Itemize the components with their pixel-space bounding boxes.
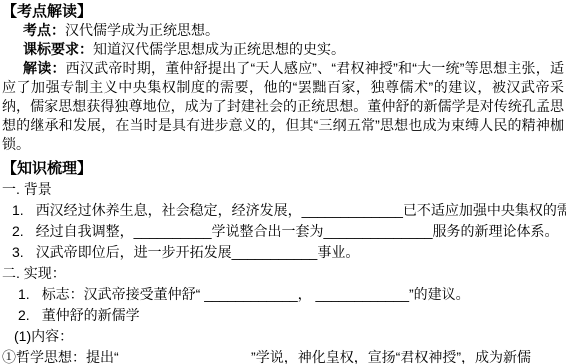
outline-item-number: 2. [18,305,30,326]
interpretation-label: 解读： [23,60,66,76]
outline-item-number: 3. [12,242,24,263]
outline-realization-item-1-text: 标志：汉武帝接受董仲舒“ ____________， ____________”… [42,286,470,302]
exam-point-item: 考点：汉代儒学成为正统思想。 [2,21,564,40]
outline-background-item-2: 2.经过自我调整，__________学说整合出一套为_____________… [12,221,564,242]
outline-realization-heading: 二. 实现： [2,263,564,284]
course-standard-label: 课标要求： [23,41,93,57]
outline-realization-item-1: 1.标志：汉武帝接受董仲舒“ ____________， ___________… [18,284,564,305]
section-heading-exam-points: 【考点解读】 [2,2,564,21]
outline-realization-item-2-text: 董仲舒的新儒学 [42,307,140,323]
outline-background-heading-text: 一. 背景 [2,181,52,197]
outline-background-item-2-text: 经过自我调整，__________学说整合出一套为______________服… [36,223,559,239]
outline-background-item-3: 3.汉武帝即位后，进一步开拓发展___________事业。 [12,242,564,263]
outline-background-item-1: 1.西汉经过休养生息，社会稳定，经济发展，_____________已不适应加强… [12,200,564,221]
outline-background-item-1-text: 西汉经过休养生息，社会稳定，经济发展，_____________已不适应加强中央… [36,202,566,218]
interpretation-item: 解读：西汉武帝时期，董仲舒提出了“天人感应”、“君权神授”和“大一统”等思想主张… [2,59,564,154]
outline-philosophy-line: ①哲学思想：提出“_________________”学说，神化皇权，宣扬“君权… [2,347,564,364]
outline-philosophy-line-text: ①哲学思想：提出“_________________”学说，神化皇权，宣扬“君权… [2,349,531,364]
document-page: { "page": { "background_color": "#ffffff… [0,0,566,364]
outline-item-number: 2. [12,221,24,242]
interpretation-text: 西汉武帝时期，董仲舒提出了“天人感应”、“君权神授”和“大一统”等思想主张，适应… [2,60,564,152]
outline-background-item-3-text: 汉武帝即位后，进一步开拓发展___________事业。 [36,244,360,260]
outline-item-number: 1. [18,284,30,305]
course-standard-item: 课标要求：知道汉代儒学思想成为正统思想的史实。 [2,40,564,59]
outline-realization-item-2: 2.董仲舒的新儒学 [18,305,564,326]
section-heading-knowledge-outline: 【知识梳理】 [2,158,564,179]
outline-realization-heading-text: 二. 实现： [2,265,66,281]
course-standard-text: 知道汉代儒学思想成为正统思想的史实。 [93,41,345,57]
outline-content-subheading: (1)内容： [14,326,564,347]
outline-item-number: 1. [12,200,24,221]
exam-point-text: 汉代儒学成为正统思想。 [65,22,219,38]
outline-content-subheading-text: (1)内容： [14,328,73,344]
outline-background-heading: 一. 背景 [2,179,564,200]
exam-point-label: 考点： [23,22,65,38]
document: 【考点解读】 考点：汉代儒学成为正统思想。 课标要求：知道汉代儒学思想成为正统思… [0,0,566,364]
